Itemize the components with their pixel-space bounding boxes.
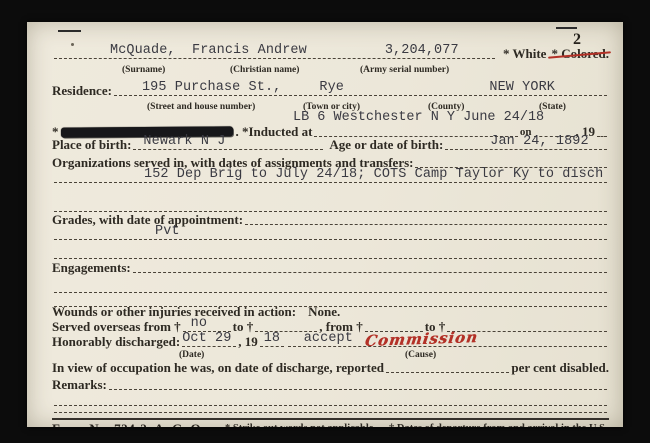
- organizations-value-dotted-line: 152 Dep Brig to July 24/18; COTS Camp Ta…: [54, 167, 607, 183]
- overseas-from1-dotted-line: no: [183, 316, 231, 332]
- discharge-year-dotted-line: 18: [260, 331, 284, 347]
- discharge-date-dotted-line: Oct 29: [182, 331, 236, 347]
- name-dotted-line: McQuade, Francis Andrew 3,204,077: [54, 43, 495, 59]
- top-left-dash-mark: [58, 30, 81, 32]
- footer-divider-solid: [52, 418, 609, 420]
- town-value: Rye: [319, 81, 344, 95]
- grades-value-row: Pvt: [52, 226, 609, 243]
- colored-label-struck-out: * Colored.: [551, 47, 609, 62]
- grade-value: Pvt: [155, 225, 180, 239]
- birthdate-value: Jan 24, 1892: [490, 135, 588, 149]
- birth-row: Place of birth: Newark N J Age or date o…: [52, 136, 609, 153]
- surname-caption: (Surname): [122, 65, 165, 75]
- white-label: * White: [503, 47, 546, 62]
- form-number: Form No. 724-2, A. G. O.: [52, 421, 205, 427]
- residence-label: Residence:: [52, 84, 112, 99]
- age-or-birthdate-label: Age or date of birth:: [329, 138, 443, 153]
- organizations-dotted-line: [415, 152, 607, 168]
- disability-dotted-line: [386, 357, 509, 373]
- discharge-date-value: Oct 29: [182, 332, 231, 346]
- birthplace-dotted-line: Newark N J: [133, 134, 323, 150]
- engagements-row: Engagements:: [52, 259, 609, 276]
- remarks-dotted-line: [109, 374, 607, 390]
- residence-row: Residence: 195 Purchase St., Rye NEW YOR…: [52, 82, 609, 99]
- serial-number-caption: (Army serial number): [360, 65, 449, 75]
- name-row: McQuade, Francis Andrew 3,204,077 * Whit…: [52, 45, 609, 62]
- overseas-to1-dotted-line: [255, 316, 317, 332]
- engagements-label: Engagements:: [52, 261, 131, 276]
- discharge-cause-dotted-line: accept Commission: [288, 331, 607, 347]
- place-of-birth-label: Place of birth:: [52, 138, 131, 153]
- grades-dotted-line: [245, 209, 607, 225]
- footer-divider-dotted: [52, 399, 609, 416]
- christian-name-caption: (Christian name): [230, 65, 299, 75]
- organizations-value-row: 152 Dep Brig to July 24/18; COTS Camp Ta…: [52, 169, 609, 186]
- surname-christian-name-value: McQuade, Francis Andrew: [110, 44, 307, 58]
- honorably-discharged-label: Honorably discharged:: [52, 335, 180, 350]
- grades-value-dotted-line: Pvt: [54, 224, 607, 240]
- birthplace-value: Newark N J: [143, 135, 225, 149]
- service-record-card: 2 McQuade, Francis Andrew 3,204,077 * Wh…: [27, 22, 623, 427]
- overseas-from1-value: no: [191, 317, 207, 331]
- birthdate-dotted-line: Jan 24, 1892: [445, 134, 607, 150]
- scanned-photo-background: 2 McQuade, Francis Andrew 3,204,077 * Wh…: [0, 0, 650, 443]
- army-serial-number-value: 3,204,077: [385, 44, 459, 58]
- divider-dotted-line: [54, 397, 607, 413]
- discharge-row: Honorably discharged: Oct 29 , 19 18 acc…: [52, 333, 609, 350]
- organizations-value: 152 Dep Brig to July 24/18; COTS Camp Ta…: [144, 168, 603, 182]
- discharge-year-label: , 19: [238, 335, 258, 350]
- residence-dotted-line: 195 Purchase St., Rye NEW YORK: [114, 80, 607, 96]
- departure-dates-note: † Dates of departure from and arrival in…: [389, 423, 608, 427]
- top-right-dash-mark: [556, 27, 577, 29]
- strike-out-note: * Strike out words not applicable.: [225, 423, 376, 427]
- state-value: NEW YORK: [489, 81, 555, 95]
- street-value: 195 Purchase St.,: [142, 81, 281, 95]
- engagements-dotted-line: [133, 257, 607, 273]
- discharge-cause-handwritten: Commission: [364, 330, 479, 349]
- discharge-year-value: 18: [264, 332, 280, 346]
- discharge-cause-typed: accept: [304, 332, 353, 346]
- street-caption: (Street and house number): [147, 102, 255, 112]
